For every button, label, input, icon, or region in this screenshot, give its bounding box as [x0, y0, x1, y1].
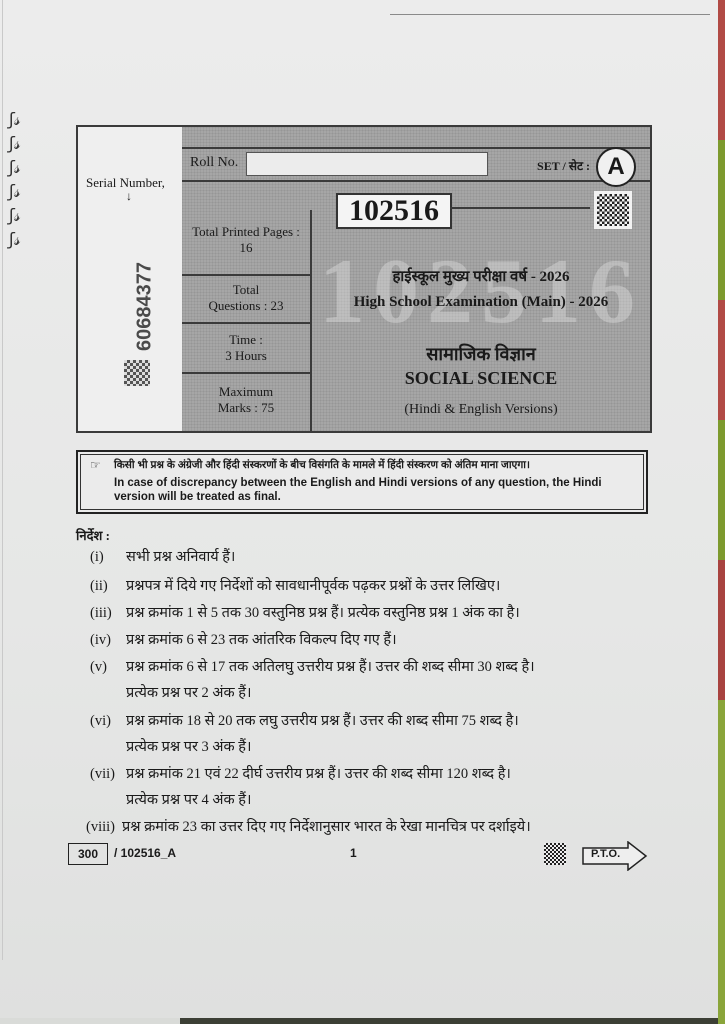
info-time: Time : 3 Hours — [182, 324, 310, 374]
instruction-number: (vii) — [90, 761, 126, 787]
info-value: 16 — [182, 240, 310, 256]
exam-title-area: 102516 हाईस्कूल मुख्य परीक्षा वर्ष - 202… — [312, 210, 650, 431]
down-arrow-icon: ↓ — [126, 189, 132, 204]
instruction-text: प्रश्न क्रमांक 23 का उत्तर दिए गए निर्दे… — [122, 819, 531, 835]
instruction-number: (i) — [90, 544, 126, 570]
instruction-continuation: प्रत्येक प्रश्न पर 2 अंक हैं। — [90, 680, 535, 706]
instruction-text: सभी प्रश्न अनिवार्य हैं। — [126, 549, 235, 565]
code-watermark: 102516 — [312, 238, 650, 344]
question-paper-page: ʃ𝓈ʃ𝓈ʃ𝓈ʃ𝓈ʃ𝓈ʃ𝓈 Serial Number, ↓ 60684377 R… — [0, 0, 718, 1018]
instruction-continuation: प्रत्येक प्रश्न पर 4 अंक हैं। — [90, 787, 511, 813]
instruction-item: (vii)प्रश्न क्रमांक 21 एवं 22 दीर्घ उत्त… — [90, 761, 511, 813]
instruction-item: (vi)प्रश्न क्रमांक 18 से 20 तक लघु उत्तर… — [90, 708, 519, 760]
instruction-text: प्रश्नपत्र में दिये गए निर्देशों को सावध… — [126, 578, 500, 594]
instruction-text: प्रश्न क्रमांक 6 से 17 तक अतिलघु उत्तरीय… — [126, 659, 535, 675]
footer-datamatrix-icon — [544, 843, 566, 865]
versions-note: (Hindi & English Versions) — [312, 402, 650, 418]
info-value: Questions : 23 — [182, 298, 310, 314]
info-value: Marks : 75 — [182, 400, 310, 416]
serial-datamatrix-icon — [124, 360, 150, 386]
instruction-number: (vi) — [90, 708, 126, 734]
instruction-number: (iii) — [90, 600, 126, 626]
instruction-item: (ii)प्रश्नपत्र में दिये गए निर्देशों को … — [90, 573, 500, 599]
pointing-hand-icon: ☞ — [90, 458, 101, 472]
instruction-item: (v)प्रश्न क्रमांक 6 से 17 तक अतिलघु उत्त… — [90, 654, 535, 706]
instruction-text: प्रश्न क्रमांक 18 से 20 तक लघु उत्तरीय प… — [126, 713, 519, 729]
instruction-number: (ii) — [90, 573, 126, 599]
info-total-pages: Total Printed Pages : 16 — [182, 220, 310, 276]
serial-column: Serial Number, ↓ 60684377 — [78, 127, 184, 431]
roll-number-field[interactable] — [246, 152, 488, 176]
exam-title-hindi: हाईस्कूल मुख्य परीक्षा वर्ष - 2026 — [312, 266, 650, 286]
instruction-text: प्रश्न क्रमांक 21 एवं 22 दीर्घ उत्तरीय प… — [126, 766, 511, 782]
info-label: Total — [182, 282, 310, 298]
pto-label: P.T.O. — [591, 848, 620, 860]
paper-info-column: Total Printed Pages : 16 Total Questions… — [182, 210, 312, 431]
notice-hindi: किसी भी प्रश्न के अंग्रेजी और हिंदी संस्… — [114, 458, 530, 472]
info-max-marks: Maximum Marks : 75 — [182, 374, 310, 426]
instruction-item: (iii)प्रश्न क्रमांक 1 से 5 तक 30 वस्तुनि… — [90, 600, 520, 626]
set-badge: A — [596, 147, 636, 187]
info-total-questions: Total Questions : 23 — [182, 276, 310, 324]
footer-code-box: 300 — [68, 843, 108, 865]
page-number: 1 — [350, 846, 357, 860]
background-tablecloth — [718, 0, 725, 1024]
instructions-heading: निर्देश : — [76, 526, 110, 544]
top-rule — [390, 14, 710, 15]
binding-stitch-marks: ʃ𝓈ʃ𝓈ʃ𝓈ʃ𝓈ʃ𝓈ʃ𝓈 — [6, 108, 36, 258]
instruction-number: (v) — [90, 654, 126, 680]
roll-number-label: Roll No. — [190, 155, 238, 171]
info-value: 3 Hours — [182, 348, 310, 364]
instruction-continuation: प्रत्येक प्रश्न पर 3 अंक हैं। — [90, 734, 519, 760]
footer-paper-code: / 102516_A — [114, 846, 176, 860]
instruction-item: (i)सभी प्रश्न अनिवार्य हैं। — [90, 544, 235, 570]
instruction-text: प्रश्न क्रमांक 6 से 23 तक आंतरिक विकल्प … — [126, 632, 397, 648]
notice-english: In case of discrepancy between the Engli… — [114, 476, 644, 504]
info-label: Maximum — [182, 384, 310, 400]
info-label: Total Printed Pages : — [192, 224, 300, 239]
header-grey-panel: Roll No. SET / सेट : A 102516 Total Prin… — [182, 127, 650, 431]
roll-number-row: Roll No. SET / सेट : A — [182, 147, 650, 182]
set-label: SET / सेट : — [537, 157, 590, 174]
exam-title-english: High School Examination (Main) - 2026 — [312, 294, 650, 311]
paper-header: Serial Number, ↓ 60684377 Roll No. SET /… — [76, 125, 652, 433]
instruction-item: (iv)प्रश्न क्रमांक 6 से 23 तक आंतरिक विक… — [90, 627, 397, 653]
page-fold — [2, 0, 3, 960]
divider — [450, 207, 590, 209]
instruction-number: (iv) — [90, 627, 126, 653]
instruction-text: प्रश्न क्रमांक 1 से 5 तक 30 वस्तुनिष्ठ प… — [126, 605, 520, 621]
discrepancy-notice: ☞ किसी भी प्रश्न के अंग्रेजी और हिंदी सं… — [76, 450, 648, 514]
info-label: Time : — [182, 332, 310, 348]
instruction-number: (viii) — [86, 814, 122, 840]
serial-number: 60684377 — [134, 252, 157, 362]
instruction-item: (viii)प्रश्न क्रमांक 23 का उत्तर दिए गए … — [86, 814, 531, 840]
subject-english: SOCIAL SCIENCE — [312, 368, 650, 389]
subject-hindi: सामाजिक विज्ञान — [312, 342, 650, 366]
pto-arrow-icon: P.T.O. — [582, 841, 648, 871]
